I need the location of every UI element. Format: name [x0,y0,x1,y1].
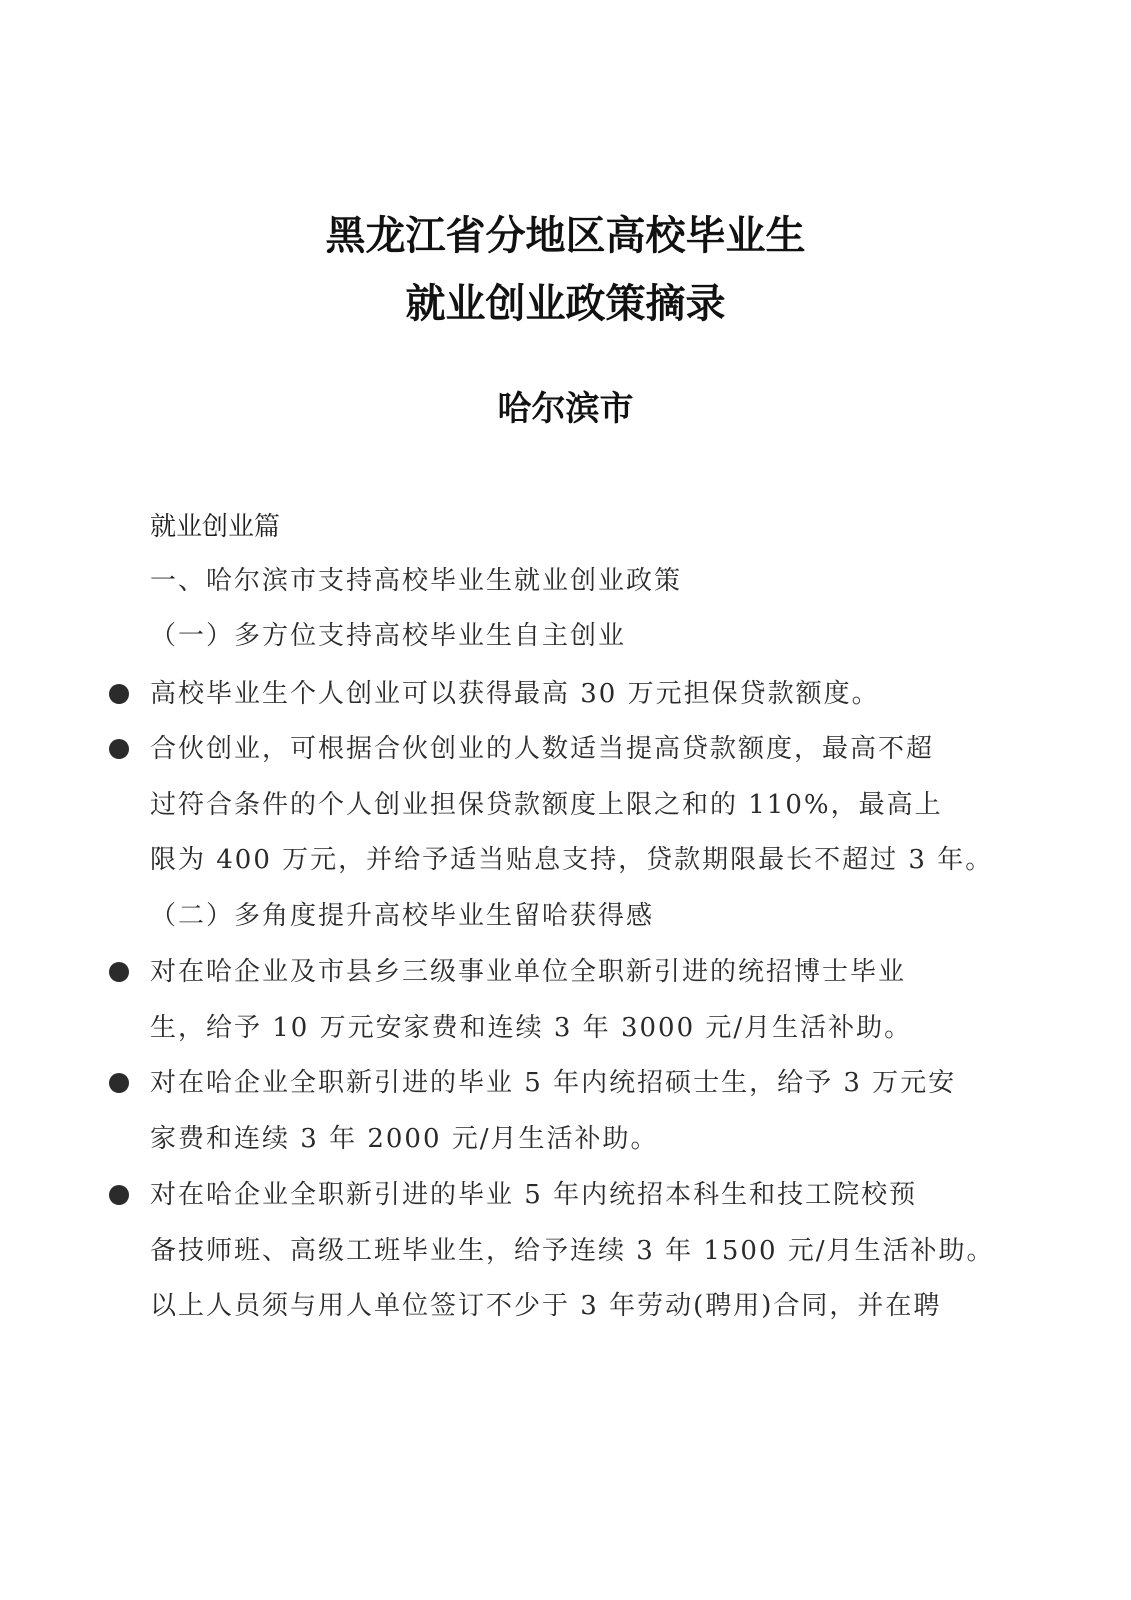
part-heading: 就业创业篇 [150,510,980,544]
bullet-text-continued: 限为 400 万元，并给予适当贴息支持，贷款期限最长不超过 3 年。 [150,843,980,877]
bullet-text: 对在哈企业全职新引进的毕业 5 年内统招本科生和技工院校预 [150,1178,980,1212]
bullet-icon [109,1185,129,1205]
bullet-icon [109,1073,129,1093]
bullet-text-continued: 家费和连续 3 年 2000 元/月生活补助。 [150,1122,980,1156]
bullet-icon [109,962,129,982]
bullet-text: 高校毕业生个人创业可以获得最高 30 万元担保贷款额度。 [150,677,980,711]
bullet-text-continued: 过符合条件的个人创业担保贷款额度上限之和的 110%，最高上 [150,788,980,822]
subsection-heading-2: （二）多角度提升高校毕业生留哈获得感 [150,899,980,933]
bullet-text: 合伙创业，可根据合伙创业的人数适当提高贷款额度，最高不超 [150,732,980,766]
bullet-text: 对在哈企业及市县乡三级事业单位全职新引进的统招博士毕业 [150,955,980,989]
document-title-line-2: 就业创业政策摘录 [0,280,1131,328]
bullet-text-continued: 备技师班、高级工班毕业生，给予连续 3 年 1500 元/月生活补助。 [150,1234,980,1268]
bullet-text: 对在哈企业全职新引进的毕业 5 年内统招硕士生，给予 3 万元安 [150,1066,980,1100]
bullet-icon [109,684,129,704]
bullet-text-continued: 生，给予 10 万元安家费和连续 3 年 3000 元/月生活补助。 [150,1011,980,1045]
bullet-icon [109,739,129,759]
document-title-line-1: 黑龙江省分地区高校毕业生 [0,212,1131,260]
bullet-text-continued: 以上人员须与用人单位签订不少于 3 年劳动(聘用)合同，并在聘 [150,1289,980,1323]
subsection-heading-1: （一）多方位支持高校毕业生自主创业 [150,619,980,653]
document-page: 黑龙江省分地区高校毕业生 就业创业政策摘录 哈尔滨市 就业创业篇 一、哈尔滨市支… [0,0,1131,1600]
city-heading: 哈尔滨市 [0,388,1131,430]
section-heading: 一、哈尔滨市支持高校毕业生就业创业政策 [150,564,980,598]
